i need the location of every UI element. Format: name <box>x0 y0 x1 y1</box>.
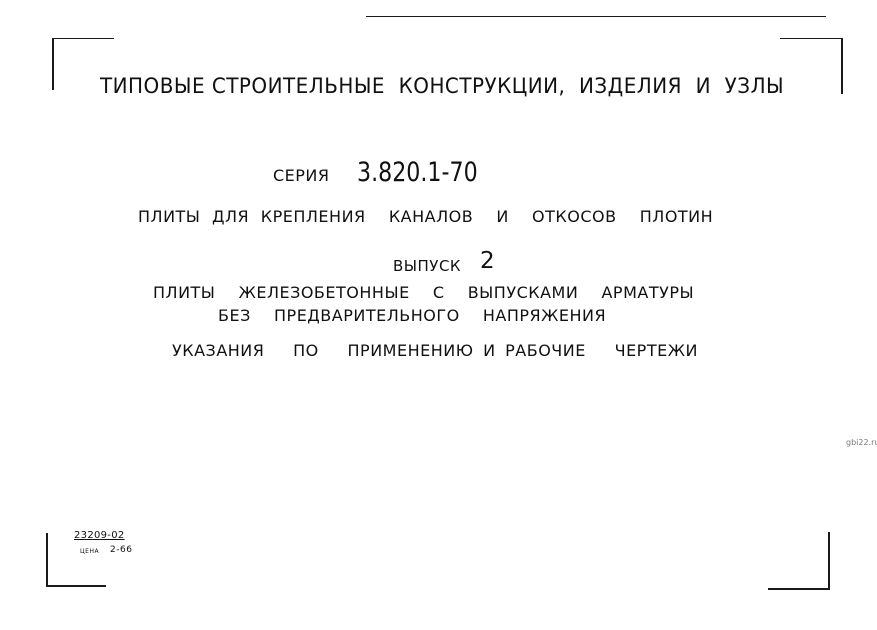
corner-top-right-vertical <box>841 38 843 94</box>
issue-label: ВЫПУСК <box>393 257 461 275</box>
document-contents: УКАЗАНИЯ ПО ПРИМЕНЕНИЮ И РАБОЧИЕ ЧЕРТЕЖИ <box>172 341 698 360</box>
series-label: СЕРИЯ <box>273 166 330 185</box>
corner-top-left-vertical <box>52 38 54 90</box>
top-rule <box>366 16 826 17</box>
issue-title-line-1: ПЛИТЫ ЖЕЛЕЗОБЕТОННЫЕ С ВЫПУСКАМИ АРМАТУР… <box>153 283 694 302</box>
corner-top-left-horizontal <box>52 38 114 39</box>
document-title: ТИПОВЫЕ СТРОИТЕЛЬНЫЕ КОНСТРУКЦИИ, ИЗДЕЛИ… <box>100 74 784 98</box>
corner-bottom-right-vertical <box>828 532 830 590</box>
corner-top-right-horizontal <box>780 38 843 39</box>
corner-bottom-left-vertical <box>46 533 48 586</box>
issue-number: 2 <box>480 248 495 274</box>
catalog-number: 23209-02 <box>74 530 125 541</box>
price-label: ЦЕНА <box>80 548 99 555</box>
issue-title-line-2: БЕЗ ПРЕДВАРИТЕЛЬНОГО НАПРЯЖЕНИЯ <box>218 306 606 325</box>
price-value: 2-66 <box>110 545 132 555</box>
series-number: 3.820.1-70 <box>357 157 478 188</box>
corner-bottom-right-horizontal <box>768 588 830 590</box>
document-subject: ПЛИТЫ ДЛЯ КРЕПЛЕНИЯ КАНАЛОВ И ОТКОСОВ ПЛ… <box>138 207 713 226</box>
corner-bottom-left-horizontal <box>46 585 106 587</box>
watermark: gbi22.ru <box>846 438 877 447</box>
